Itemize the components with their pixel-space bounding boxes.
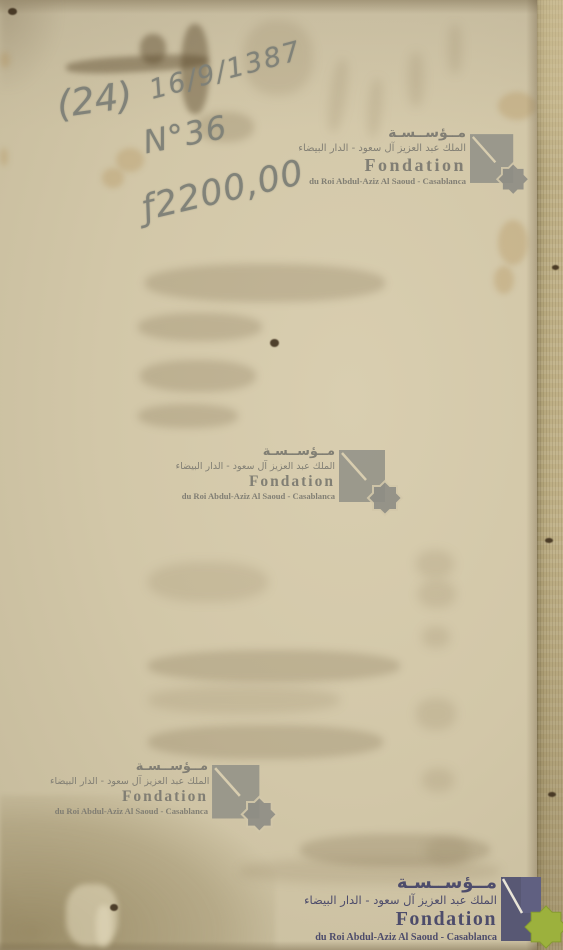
watermark-latin-title: Fondation — [296, 155, 466, 176]
ink-smudge — [418, 580, 456, 608]
ink-smudge — [148, 650, 400, 682]
ink-smudge — [422, 626, 450, 648]
ink-speck — [270, 339, 279, 347]
ink-speck — [545, 538, 553, 543]
watermark-arabic-title: مــؤســسـة — [50, 759, 208, 775]
ink-smudge — [140, 360, 256, 392]
ink-smudge — [416, 550, 454, 578]
page-edge-shading — [537, 0, 563, 950]
handwritten-price: ƒ2200,00 — [138, 153, 308, 229]
watermark-text: مــؤســسـة الملك عبد العزيز آل سعود - ال… — [296, 124, 466, 187]
watermark-bottom-left: مــؤســسـة الملك عبد العزيز آل سعود - ال… — [50, 759, 280, 837]
watermark-latin-title: Fondation — [50, 788, 208, 806]
watermark-latin-title: Fondation — [158, 473, 335, 491]
watermark-arabic-subtitle: الملك عبد العزيز آل سعود - الدار البيضاء — [50, 775, 208, 788]
ink-smudge — [148, 562, 268, 602]
ink-speck — [548, 792, 556, 797]
ink-smudge — [408, 52, 424, 107]
watermark-text: مــؤســسـة الملك عبد العزيز آل سعود - ال… — [158, 444, 335, 502]
ink-speck — [110, 904, 118, 911]
paper-abrasion — [96, 905, 112, 947]
watermark-arabic-subtitle: الملك عبد العزيز آل سعود - الدار البيضاء — [295, 893, 497, 908]
watermark-latin-title: Fondation — [295, 908, 497, 931]
watermark-bottom-right: مــؤســسـة الملك عبد العزيز آل سعود - ال… — [295, 872, 563, 949]
ink-smudge — [138, 313, 262, 341]
ink-smudge — [148, 686, 340, 714]
watermark-arabic-title: مــؤســسـة — [296, 124, 466, 142]
page-edge-strip — [537, 0, 563, 950]
watermark-middle: مــؤســسـة الملك عبد العزيز آل سعود - ال… — [158, 444, 405, 520]
watermark-latin-subtitle: du Roi Abdul-Aziz Al Saoud - Casablanca — [295, 931, 497, 944]
watermark-text: مــؤســسـة الملك عبد العزيز آل سعود - ال… — [50, 759, 208, 817]
watermark-latin-subtitle: du Roi Abdul-Aziz Al Saoud - Casablanca — [50, 806, 208, 817]
ink-smudge — [422, 768, 454, 792]
fondation-logo-icon — [212, 765, 280, 837]
fondation-logo-icon — [339, 450, 405, 520]
watermark-text: مــؤســسـة الملك عبد العزيز آل سعود - ال… — [295, 872, 497, 944]
ink-speck — [8, 8, 17, 15]
watermark-top: مــؤســسـة الملك عبد العزيز آل سعود - ال… — [296, 124, 532, 200]
paper-stain — [494, 266, 514, 294]
page-edge-shadow — [526, 0, 537, 950]
ink-smudge — [416, 698, 456, 730]
paper-stain — [0, 52, 10, 68]
watermark-arabic-title: مــؤســسـة — [158, 444, 335, 460]
watermark-arabic-subtitle: الملك عبد العزيز آل سعود - الدار البيضاء — [158, 460, 335, 473]
ink-smudge — [145, 264, 385, 302]
watermark-latin-subtitle: du Roi Abdul-Aziz Al Saoud - Casablanca — [158, 491, 335, 502]
watermark-arabic-subtitle: الملك عبد العزيز آل سعود - الدار البيضاء — [296, 142, 466, 155]
paper-stain — [116, 148, 144, 172]
watermark-arabic-title: مــؤســسـة — [295, 872, 497, 893]
ink-smudge — [148, 725, 383, 759]
ink-speck — [552, 265, 559, 270]
fondation-logo-icon — [501, 877, 563, 949]
ink-smudge — [448, 24, 462, 74]
fondation-logo-icon — [470, 134, 532, 200]
watermark-latin-subtitle: du Roi Abdul-Aziz Al Saoud - Casablanca — [296, 176, 466, 187]
ink-smudge — [138, 404, 238, 428]
paper-top-edge — [0, 0, 563, 14]
paper-stain — [498, 220, 528, 265]
paper-stain — [0, 148, 8, 166]
paper-stain — [102, 168, 124, 188]
scanned-document-page: (24) 16/9/1387 N°36 ƒ2200,00 مــؤســسـة … — [0, 0, 563, 950]
